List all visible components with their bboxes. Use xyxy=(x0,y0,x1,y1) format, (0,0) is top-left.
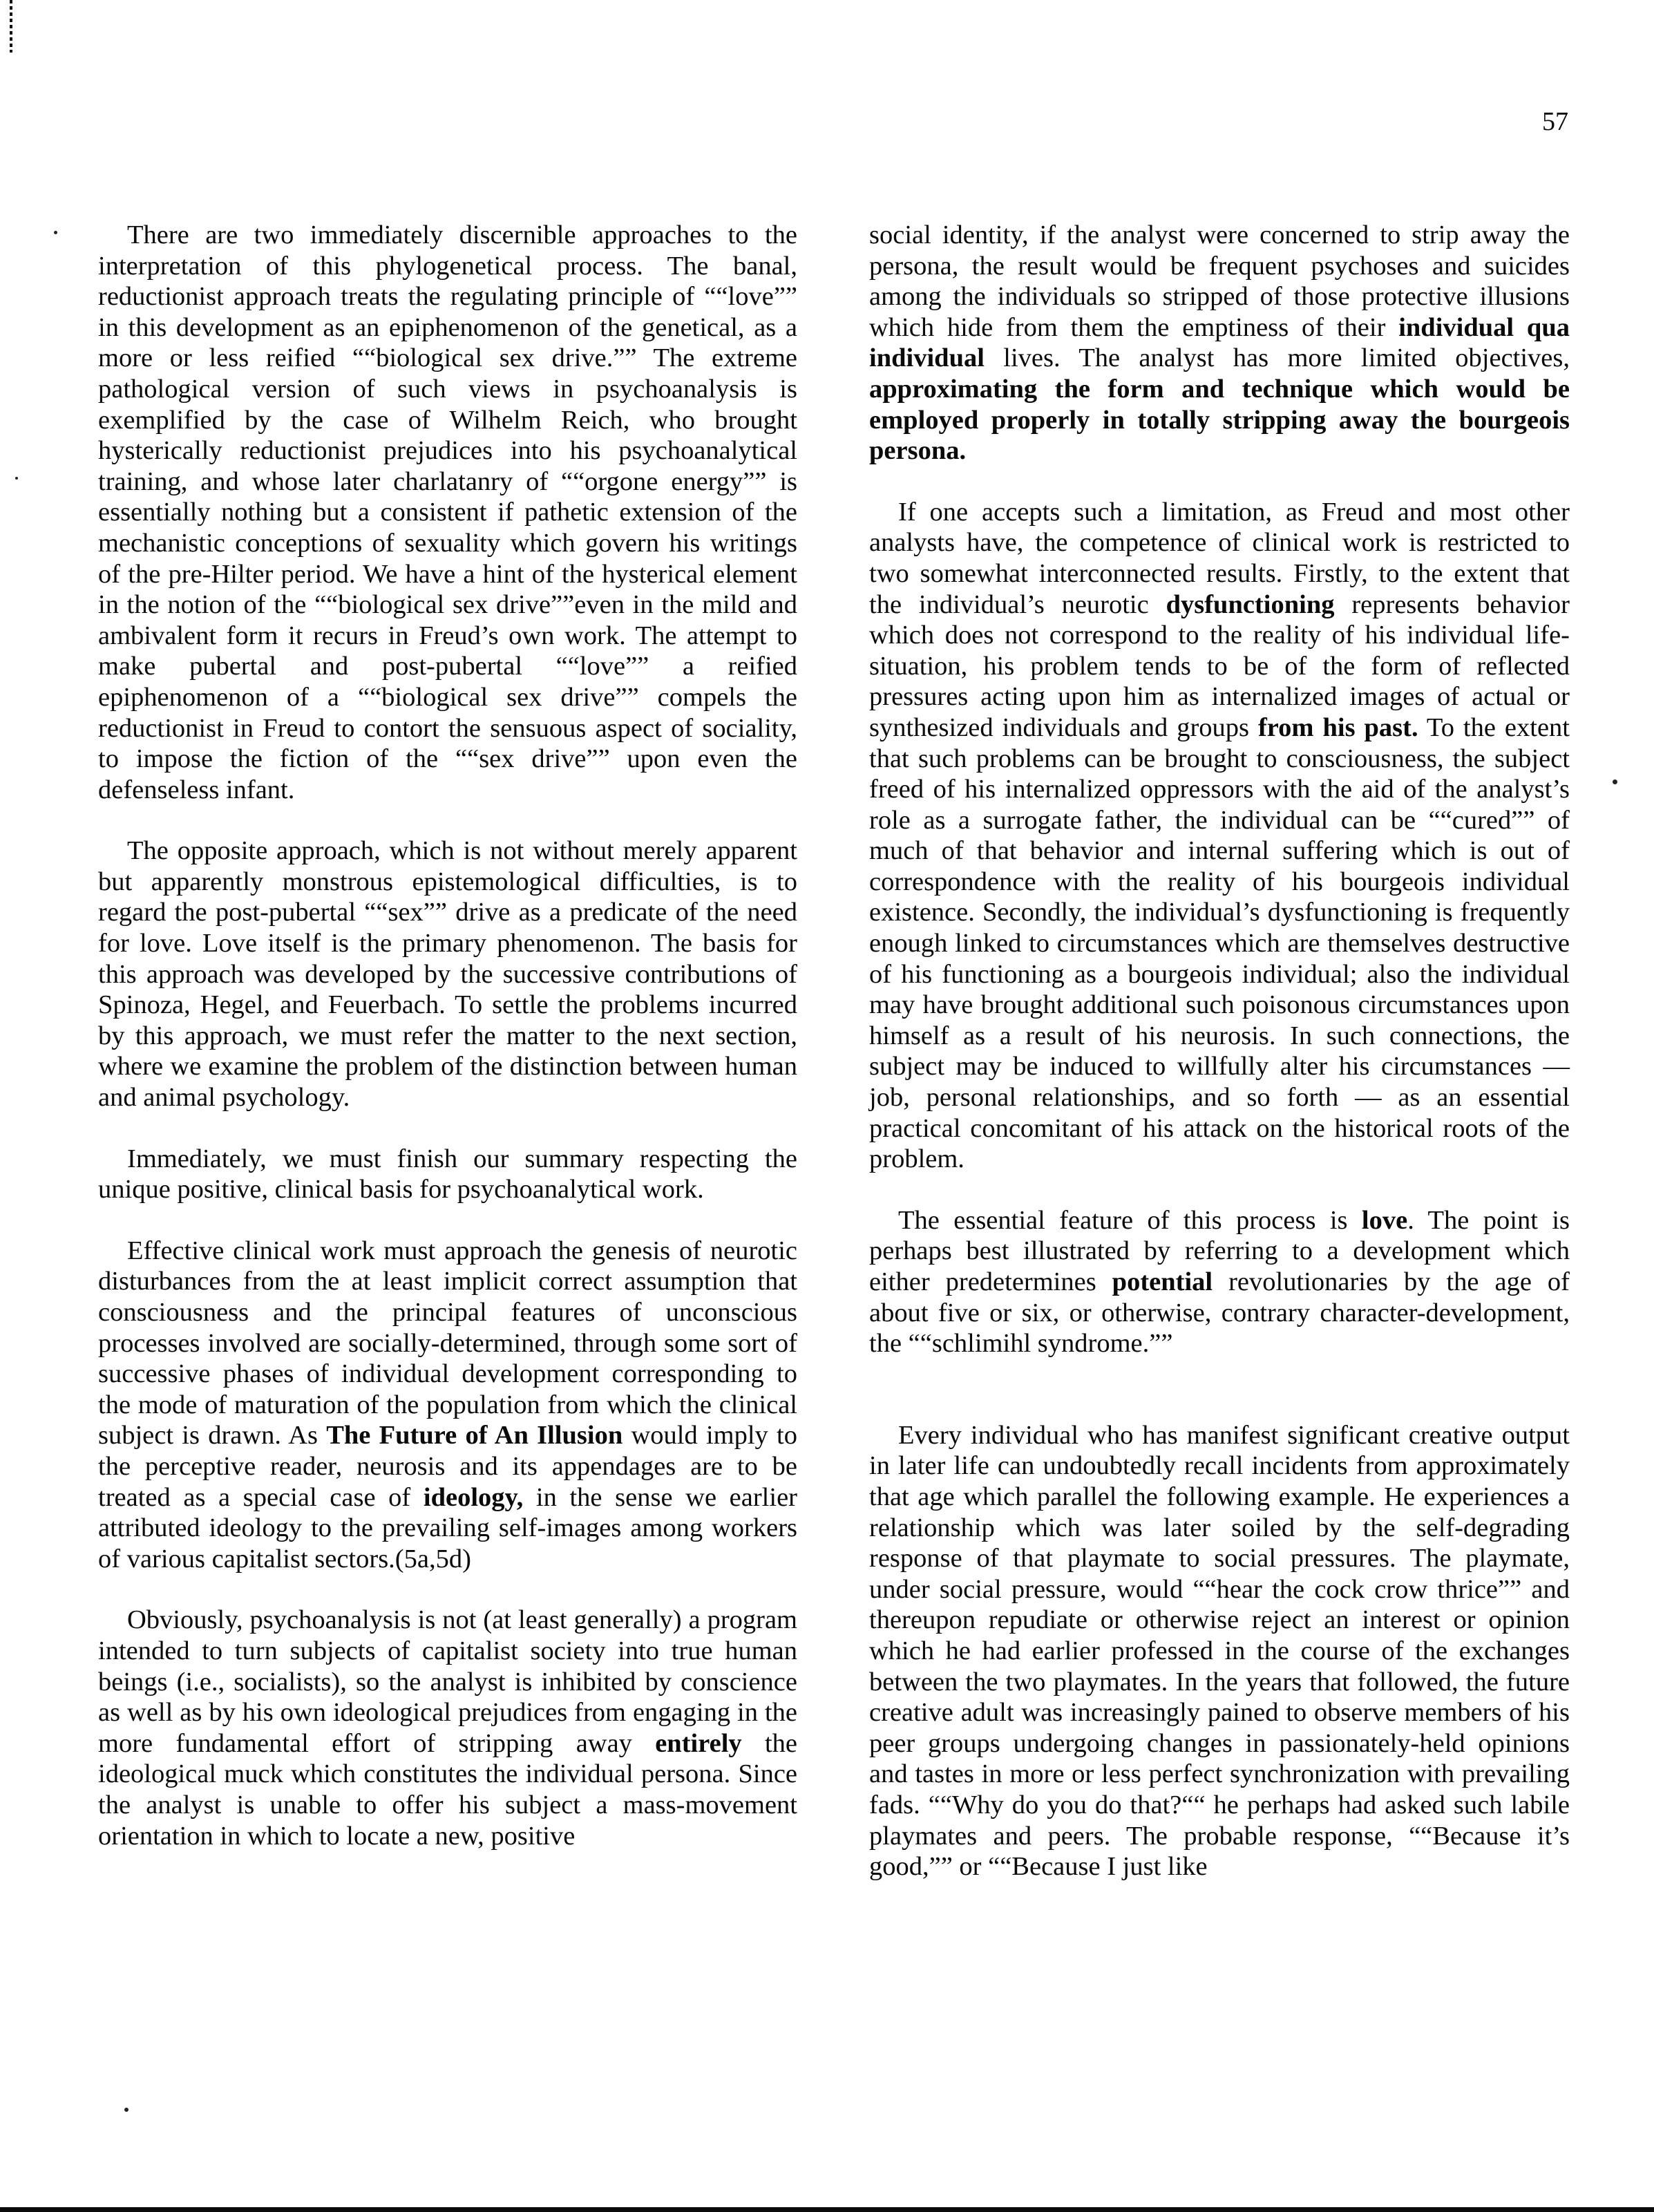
text-run: The opposite approach, which is not with… xyxy=(98,836,797,1112)
bold-text-run: The Future of An Illusion xyxy=(326,1421,622,1450)
left-column: There are two immediately discernible ap… xyxy=(98,220,797,1851)
page-number: 57 xyxy=(1542,108,1568,135)
text-run: To the extent that such problems can be … xyxy=(869,713,1570,1173)
text-run: Every individual who has manifest signif… xyxy=(869,1421,1570,1881)
bold-text-run: dysfunctioning xyxy=(1166,590,1335,619)
bold-text-run: ideology, xyxy=(424,1483,523,1512)
paragraph: Immediately, we must finish our summary … xyxy=(98,1144,797,1205)
scan-edge-mark xyxy=(10,0,12,53)
text-run: Immediately, we must finish our summary … xyxy=(98,1144,797,1204)
paragraph: The essential feature of this process is… xyxy=(869,1205,1570,1359)
bold-text-run: from his past. xyxy=(1258,713,1418,742)
scan-speck xyxy=(54,231,57,234)
paragraph: If one accepts such a limitation, as Fre… xyxy=(869,497,1570,1175)
scan-speck xyxy=(124,2108,129,2112)
scan-speck xyxy=(1613,779,1617,784)
bold-text-run: approximating the form and technique whi… xyxy=(869,375,1570,465)
paragraph: The opposite approach, which is not with… xyxy=(98,835,797,1113)
scan-speck xyxy=(15,477,18,480)
text-run: Effective clinical work must approach th… xyxy=(98,1236,797,1450)
page-bottom-edge xyxy=(0,2207,1654,2212)
bold-text-run: entirely xyxy=(655,1729,741,1758)
paragraph: Obviously, psychoanalysis is not (at lea… xyxy=(98,1605,797,1851)
paragraph-continued: social identity, if the analyst were con… xyxy=(869,220,1570,466)
bold-text-run: potential xyxy=(1112,1267,1213,1296)
bold-text-run: love xyxy=(1362,1206,1407,1235)
text-run: The essential feature of this process is xyxy=(898,1206,1362,1235)
paragraph: Effective clinical work must approach th… xyxy=(98,1236,797,1575)
paragraph: There are two immediately discernible ap… xyxy=(98,220,797,805)
text-run: lives. The analyst has more limited obje… xyxy=(985,343,1570,372)
paragraph: Every individual who has manifest signif… xyxy=(869,1420,1570,1882)
text-run: There are two immediately discernible ap… xyxy=(98,220,797,804)
right-column: social identity, if the analyst were con… xyxy=(869,220,1570,1882)
